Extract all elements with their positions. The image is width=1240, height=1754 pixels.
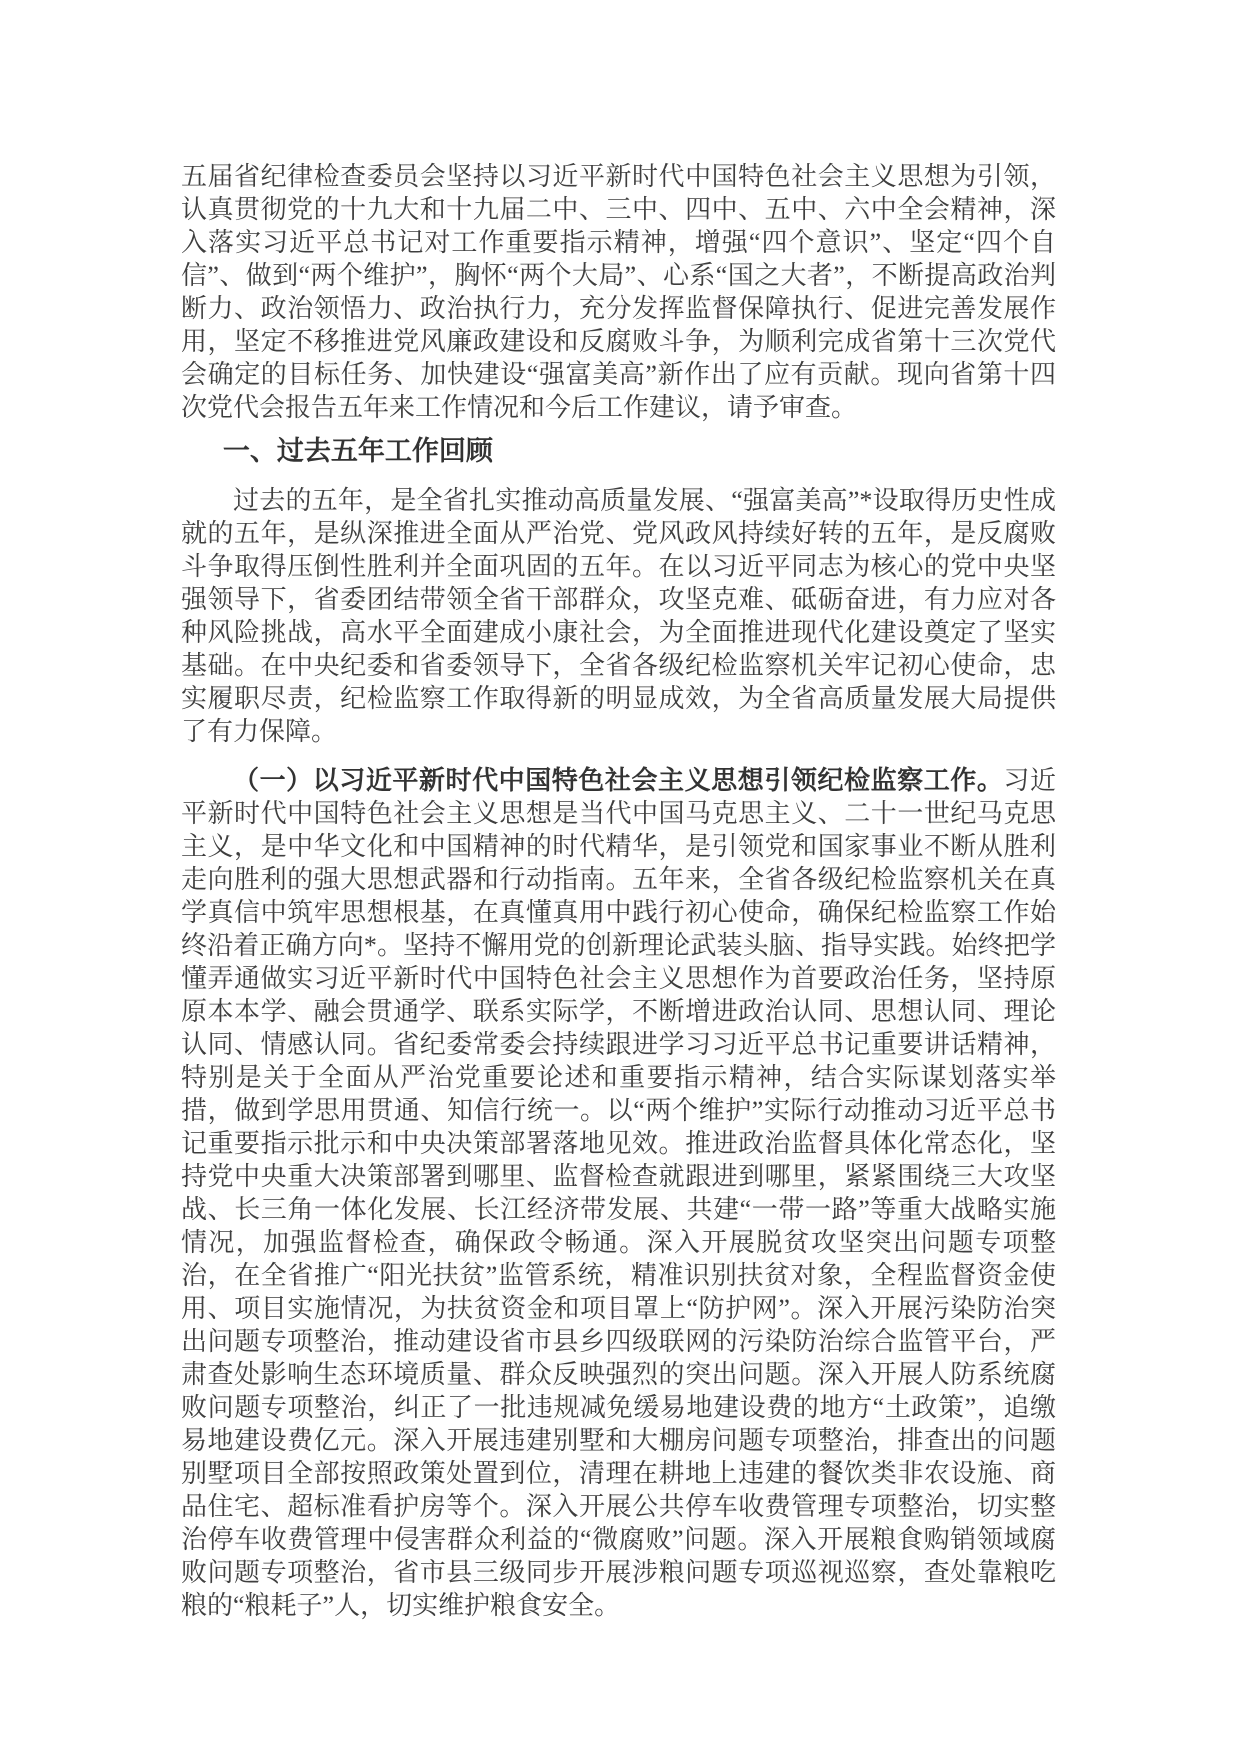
intro-paragraph: 五届省纪律检查委员会坚持以习近平新时代中国特色社会主义思想为引领，认真贯彻党的十… [181, 160, 1056, 424]
subsection-lead: （一）以习近平新时代中国特色社会主义思想引领纪检监察工作。 [233, 766, 1003, 795]
section-heading: 一、过去五年工作回顾 [181, 434, 1056, 468]
text-content: 五届省纪律检查委员会坚持以习近平新时代中国特色社会主义思想为引领，认真贯彻党的十… [181, 160, 1056, 1622]
document-page: 五届省纪律检查委员会坚持以习近平新时代中国特色社会主义思想为引领，认真贯彻党的十… [0, 0, 1240, 1754]
subsection-paragraph: （一）以习近平新时代中国特色社会主义思想引领纪检监察工作。习近平新时代中国特色社… [181, 764, 1056, 1622]
subsection-body: 习近平新时代中国特色社会主义思想是当代中国马克思主义、二十一世纪马克思主义，是中… [181, 766, 1056, 1620]
overview-paragraph: 过去的五年，是全省扎实推动高质量发展、“强富美高”*设取得历史性成就的五年，是纵… [181, 484, 1056, 748]
